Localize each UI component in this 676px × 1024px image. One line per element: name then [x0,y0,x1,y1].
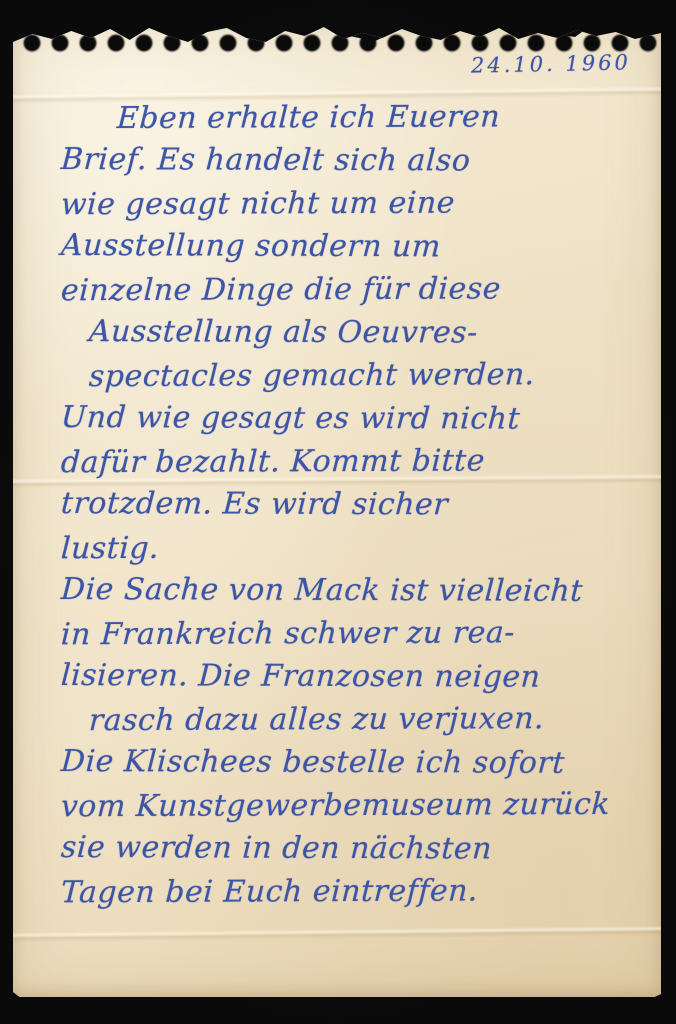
letter-line: Eben erhalte ich Eueren [60,95,648,141]
letter-line: Die Sache von Mack ist vielleicht [60,568,648,613]
letter-date: 24.10. 1960 [471,50,631,77]
letter-line: dafür bezahlt. Kommt bitte [60,439,648,485]
letter-line: in Frankreich schwer zu rea- [60,611,648,657]
letter-line: vom Kunstgewerbemuseum zurück [60,783,648,829]
letter-line: einzelne Dinge die für diese [60,267,648,313]
letter-line: Ausstellung als Oeuvres- [60,310,648,355]
letter-line: lisieren. Die Franzosen neigen [60,654,648,699]
letter-line: Ausstellung sondern um [60,224,648,269]
letter-line: rasch dazu alles zu verjuxen. [60,697,648,743]
letter-line: sie werden in den nächsten [60,826,648,871]
letter-line: Brief. Es handelt sich also [60,138,648,183]
photo-background: 24.10. 1960 Eben erhalte ich Eueren Brie… [0,0,676,1024]
letter-line: Die Klischees bestelle ich sofort [60,740,648,785]
fold-crease [13,926,661,943]
letter-line: Tagen bei Euch eintreffen. [60,869,648,915]
letter-line: lustig. [60,525,648,571]
letter-paper: 24.10. 1960 Eben erhalte ich Eueren Brie… [13,24,661,997]
letter-line: spectacles gemacht werden. [60,353,648,399]
letter-body: Eben erhalte ich Eueren Brief. Es handel… [61,96,647,913]
letter-line: wie gesagt nicht um eine [60,181,648,227]
letter-line: trotzdem. Es wird sicher [60,482,648,527]
letter-line: Und wie gesagt es wird nicht [60,396,648,441]
